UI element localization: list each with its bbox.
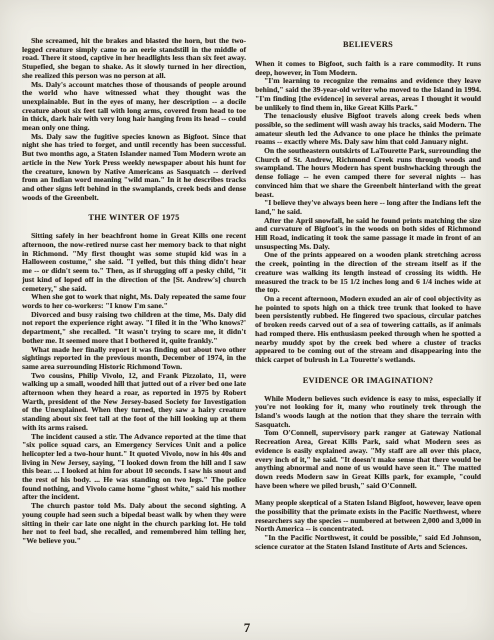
paragraph: The incident caused a stir. The Advance …: [22, 433, 246, 503]
page-number: 7: [0, 620, 494, 636]
paragraph: The church pastor told Ms. Daly about th…: [22, 502, 246, 546]
paragraph: Ms. Daly's account matches those of thou…: [22, 81, 246, 133]
paragraph: On a recent afternoon, Modern exuded an …: [255, 295, 481, 365]
paragraph: When she got to work that night, Ms. Dal…: [22, 293, 246, 310]
paragraph: "I'm learning to recognize the remains a…: [255, 77, 481, 112]
paragraph: Many people skeptical of a Staten Island…: [255, 499, 481, 534]
paragraph: "In the Pacific Northwest, it could be p…: [255, 534, 481, 551]
two-column-layout: She screamed, hit the brakes and blasted…: [0, 0, 494, 552]
left-column: She screamed, hit the brakes and blasted…: [22, 37, 246, 552]
paragraph: Two cousins, Philip Vivolo, 12, and Fran…: [22, 372, 246, 433]
section-heading-winter-of-1975: THE WINTER OF 1975: [22, 213, 246, 222]
paragraph: On the southeastern outskirts of LaToure…: [255, 147, 481, 199]
section-heading-believers: BELIEVERS: [255, 40, 481, 49]
paragraph: Sitting safely in her beachfront home in…: [22, 232, 246, 293]
section-heading-evidence-or-imagination: EVIDENCE OR IMAGINATION?: [255, 376, 481, 385]
paragraph: What made her finally report it was find…: [22, 346, 246, 372]
paragraph: While Modern believes such evidence is e…: [255, 395, 481, 430]
right-column: BELIEVERS When it comes to Bigfoot, such…: [255, 37, 481, 552]
paragraph: One of the prints appeared on a wooden p…: [255, 251, 481, 295]
paragraph: The tenaciously elusive Bigfoot travels …: [255, 112, 481, 147]
paragraph: Ms. Daly saw the fugitive species known …: [22, 133, 246, 203]
paragraph: When it comes to Bigfoot, such faith is …: [255, 60, 481, 77]
paragraph: Tom O'Connell, supervisory park ranger a…: [255, 429, 481, 490]
paragraph: Divorced and busy raising two children a…: [22, 311, 246, 346]
paragraph: She screamed, hit the brakes and blasted…: [22, 37, 246, 81]
paragraph: "I believe they've always been here -- l…: [255, 199, 481, 216]
paragraph: After the April snowfall, he said he fou…: [255, 217, 481, 252]
scanned-document-page: She screamed, hit the brakes and blasted…: [0, 0, 494, 640]
